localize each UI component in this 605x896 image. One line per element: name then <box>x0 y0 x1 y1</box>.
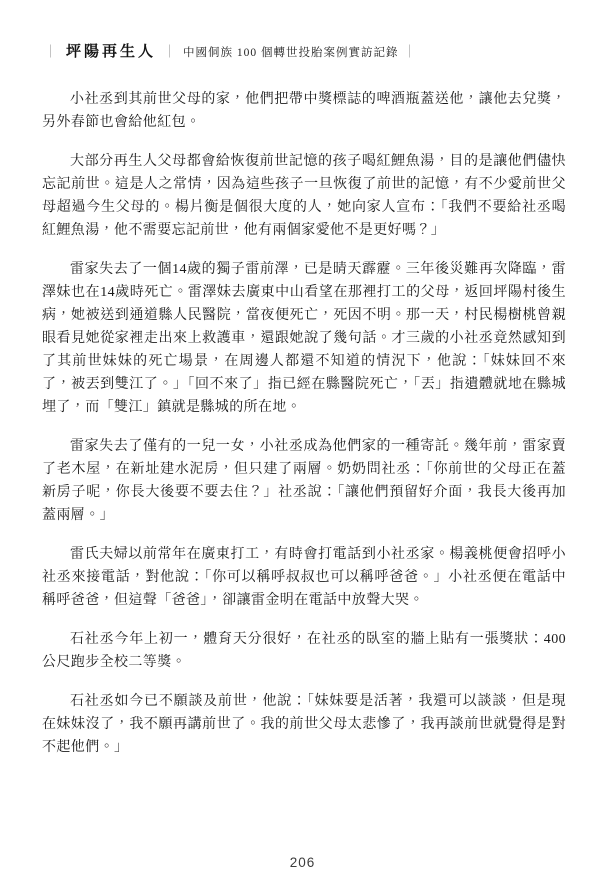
body-paragraph: 石社丞如今已不願談及前世，他說：「妹妹要是活著，我還可以談談，但是現在妹妹沒了，… <box>42 690 566 759</box>
body-paragraph: 雷家失去了一個14歲的獨子雷前澤，已是晴天霹靂。三年後災難再次降臨，雷澤妹也在1… <box>42 258 566 419</box>
header-separator: ｜ <box>47 41 55 60</box>
page-body: 小社丞到其前世父母的家，他們把帶中獎標誌的啤酒瓶蓋送他，讓他去兌獎，另外春節也會… <box>42 88 566 775</box>
book-title: 坪陽再生人 <box>66 40 156 61</box>
body-paragraph: 大部分再生人父母都會給恢復前世記憶的孩子喝紅鯉魚湯，目的是讓他們儘快忘記前世。這… <box>42 150 566 242</box>
book-subtitle: 中國侗族 100 個轉世投胎案例實訪記錄 <box>183 44 399 60</box>
body-paragraph: 小社丞到其前世父母的家，他們把帶中獎標誌的啤酒瓶蓋送他，讓他去兌獎，另外春節也會… <box>42 88 566 134</box>
page-number: 206 <box>290 855 316 870</box>
body-paragraph: 石社丞今年上初一，體育天分很好，在社丞的臥室的牆上貼有一張獎狀：400公尺跑步全… <box>42 628 566 674</box>
book-page: ｜ 坪陽再生人 ｜ 中國侗族 100 個轉世投胎案例實訪記錄 ｜ 小社丞到其前世… <box>0 0 605 896</box>
body-paragraph: 雷家失去了僅有的一兒一女，小社丞成為他們家的一種寄託。幾年前，雷家賣了老木屋，在… <box>42 435 566 527</box>
page-footer: 206 <box>0 854 605 872</box>
header-separator: ｜ <box>166 41 174 60</box>
running-header: ｜ 坪陽再生人 ｜ 中國侗族 100 個轉世投胎案例實訪記錄 ｜ <box>44 40 575 61</box>
header-separator: ｜ <box>405 41 413 60</box>
body-paragraph: 雷氏夫婦以前常年在廣東打工，有時會打電話到小社丞家。楊義桃便會招呼小社丞來接電話… <box>42 543 566 612</box>
